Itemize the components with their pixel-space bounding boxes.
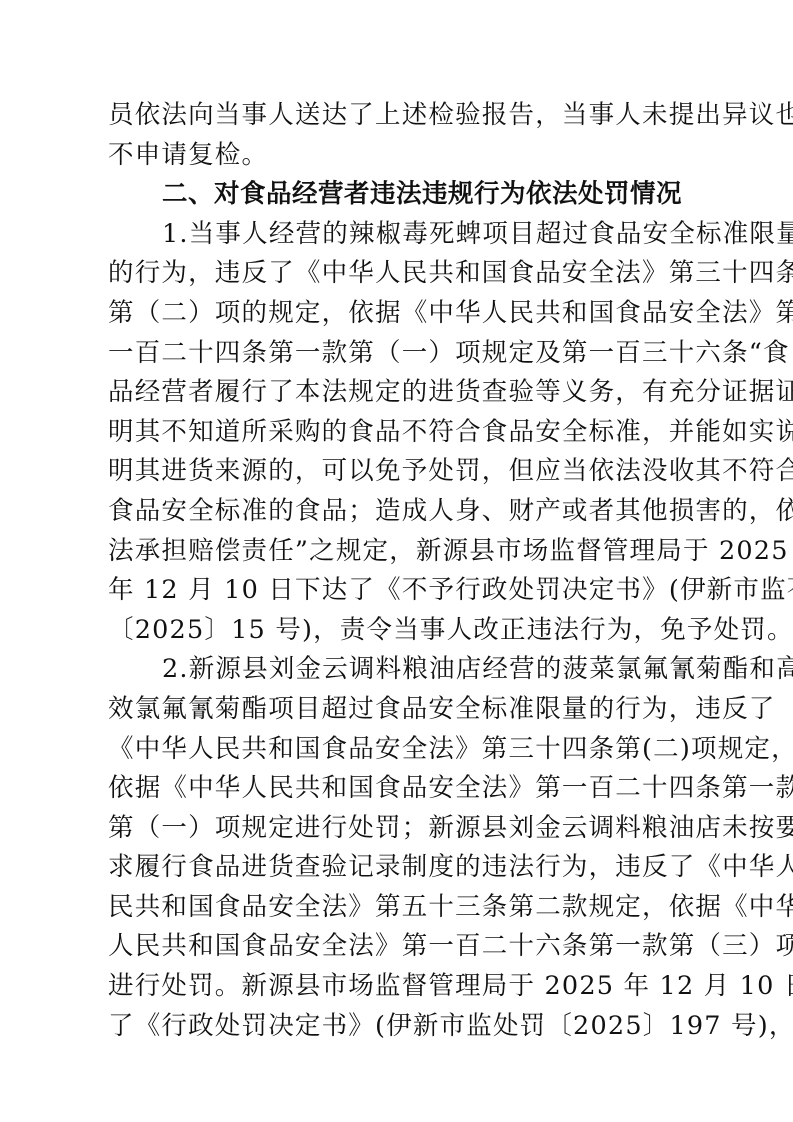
text-line: 一百二十四条第一款第（一）项规定及第一百三十六条“食 — [108, 334, 680, 374]
text-line: 明其进货来源的，可以免予处罚，但应当依法没收其不符合 — [108, 452, 680, 492]
text-line: 员依法向当事人送达了上述检验报告，当事人未提出异议也 — [108, 96, 680, 136]
paragraph-item-1: 1.当事人经营的辣椒毒死蜱项目超过食品安全标准限量 的行为，违反了《中华人民共和… — [108, 215, 680, 651]
text-line: 求履行食品进货查验记录制度的违法行为，违反了《中华人 — [108, 848, 680, 888]
text-line: 年 12 月 10 日下达了《不予行政处罚决定书》(伊新市监不罚 — [108, 571, 680, 611]
text-line: 法承担赔偿责任”之规定，新源县市场监督管理局于 2025 — [108, 532, 680, 572]
text-line: 了《行政处罚决定书》(伊新市监处罚〔2025〕197 号)，责 — [108, 1007, 680, 1047]
paragraph-continuation: 员依法向当事人送达了上述检验报告，当事人未提出异议也 不申请复检。 — [108, 96, 680, 175]
text-line: 的行为，违反了《中华人民共和国食品安全法》第三十四条 — [108, 254, 680, 294]
text-line: 民共和国食品安全法》第五十三条第二款规定，依据《中华 — [108, 888, 680, 928]
text-line: 2.新源县刘金云调料粮油店经营的菠菜氯氟氰菊酯和高 — [108, 650, 680, 690]
heading-line: 二、对食品经营者违法违规行为依法处罚情况 — [108, 175, 680, 215]
text-line: 第（一）项规定进行处罚；新源县刘金云调料粮油店未按要 — [108, 809, 680, 849]
text-line: 明其不知道所采购的食品不符合食品安全标准，并能如实说 — [108, 413, 680, 453]
text-line: 第（二）项的规定，依据《中华人民共和国食品安全法》第 — [108, 294, 680, 334]
section-heading: 二、对食品经营者违法违规行为依法处罚情况 — [108, 175, 680, 215]
paragraph-item-2: 2.新源县刘金云调料粮油店经营的菠菜氯氟氰菊酯和高 效氯氟氰菊酯项目超过食品安全… — [108, 650, 680, 1046]
text-line: 品经营者履行了本法规定的进货查验等义务，有充分证据证 — [108, 373, 680, 413]
text-line: 《中华人民共和国食品安全法》第三十四条第(二)项规定， — [108, 730, 680, 770]
text-line: 进行处罚。新源县市场监督管理局于 2025 年 12 月 10 日下达 — [108, 967, 680, 1007]
text-line: 不申请复检。 — [108, 136, 680, 176]
text-line: 〔2025〕15 号)，责令当事人改正违法行为，免予处罚。 — [108, 611, 680, 651]
text-line: 食品安全标准的食品；造成人身、财产或者其他损害的，依 — [108, 492, 680, 532]
text-line: 人民共和国食品安全法》第一百二十六条第一款第（三）项 — [108, 927, 680, 967]
document-page: 员依法向当事人送达了上述检验报告，当事人未提出异议也 不申请复检。 二、对食品经… — [108, 96, 680, 1046]
text-line: 依据《中华人民共和国食品安全法》第一百二十四条第一款 — [108, 769, 680, 809]
text-line: 效氯氟氰菊酯项目超过食品安全标准限量的行为，违反了 — [108, 690, 680, 730]
text-line: 1.当事人经营的辣椒毒死蜱项目超过食品安全标准限量 — [108, 215, 680, 255]
